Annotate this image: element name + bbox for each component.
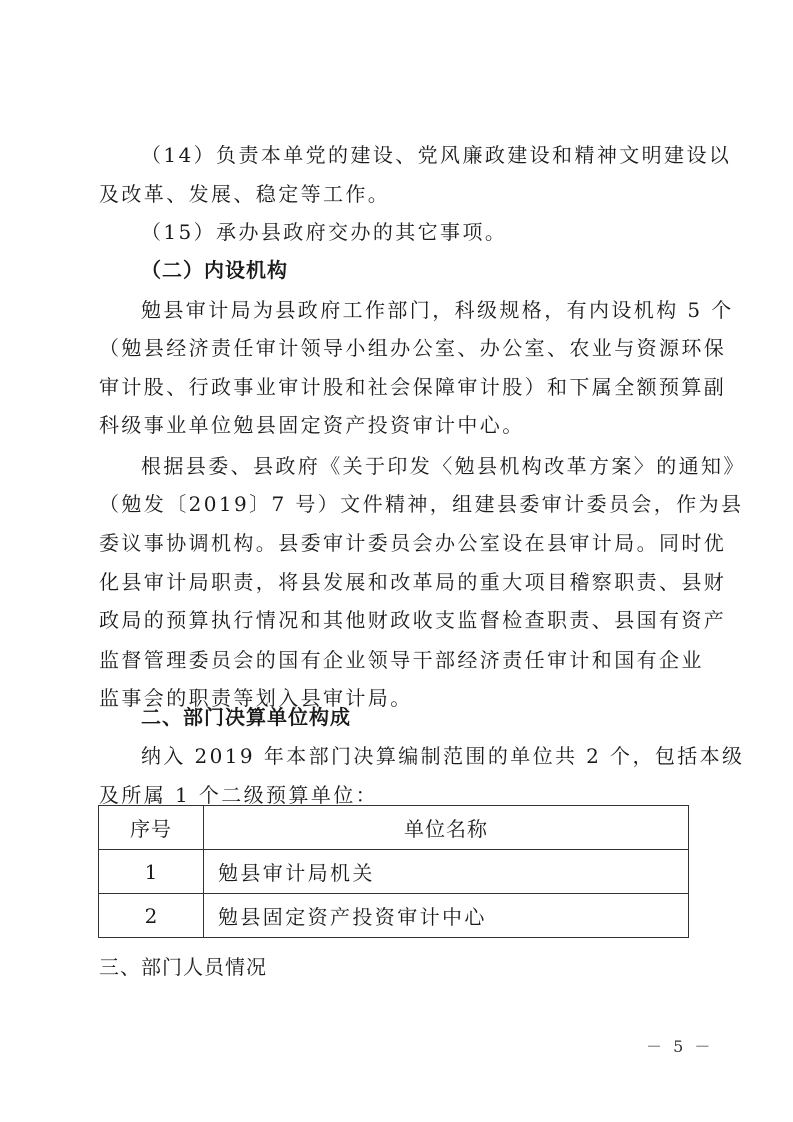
header-unit-name: 单位名称: [204, 806, 689, 850]
table-row: 1 勉县审计局机关: [99, 850, 689, 894]
cell-unit-name: 勉县固定资产投资审计中心: [204, 894, 689, 938]
header-serial-number: 序号: [99, 806, 204, 850]
units-table: 序号 单位名称 1 勉县审计局机关 2 勉县固定资产投资审计中心: [98, 805, 689, 938]
paragraph-units-line1: 纳入 2019 年本部门决算编制范围的单位共 2 个，包括本级: [141, 737, 744, 775]
paragraph-structure-line4: 科级事业单位勉县固定资产投资审计中心。: [99, 406, 525, 444]
paragraph-structure-line2: （勉县经济责任审计领导小组办公室、办公室、农业与资源环保: [99, 329, 726, 367]
cell-serial-number: 1: [99, 850, 204, 894]
paragraph-reform-line6: 监督管理委员会的国有企业领导干部经济责任审计和国有企业: [99, 641, 704, 679]
paragraph-reform-line5: 政局的预算执行情况和其他财政收支监督检查职责、县国有资产: [99, 601, 726, 639]
paragraph-item-15: （15）承办县政府交办的其它事项。: [141, 213, 507, 251]
page-number: － 5 －: [646, 1034, 713, 1057]
paragraph-reform-line2: （勉发〔2019〕7 号）文件精神，组建县委审计委员会，作为县: [99, 485, 743, 523]
paragraph-structure-line1: 勉县审计局为县政府工作部门，科级规格，有内设机构 5 个: [141, 291, 734, 329]
table-header-row: 序号 单位名称: [99, 806, 689, 850]
paragraph-item-14-line1: （14）负责本单党的建设、党风廉政建设和精神文明建设以: [141, 136, 731, 174]
paragraph-item-14-line2: 及改革、发展、稳定等工作。: [99, 175, 390, 213]
paragraph-structure-line3: 审计股、行政事业审计股和社会保障审计股）和下属全额预算副: [99, 368, 726, 406]
table-row: 2 勉县固定资产投资审计中心: [99, 894, 689, 938]
cell-unit-name: 勉县审计局机关: [204, 850, 689, 894]
section-heading-2: 二、部门决算单位构成: [141, 698, 351, 736]
paragraph-reform-line1: 根据县委、县政府《关于印发〈勉县机构改革方案〉的通知》: [141, 447, 746, 485]
section-heading-3: 三、部门人员情况: [99, 948, 267, 986]
cell-serial-number: 2: [99, 894, 204, 938]
paragraph-reform-line4: 化县审计局职责，将县发展和改革局的重大项目稽察职责、县财: [99, 563, 726, 601]
subheading-internal-structure: （二）内设机构: [141, 251, 288, 289]
paragraph-reform-line3: 委议事协调机构。县委审计委员会办公室设在县审计局。同时优: [99, 524, 726, 562]
